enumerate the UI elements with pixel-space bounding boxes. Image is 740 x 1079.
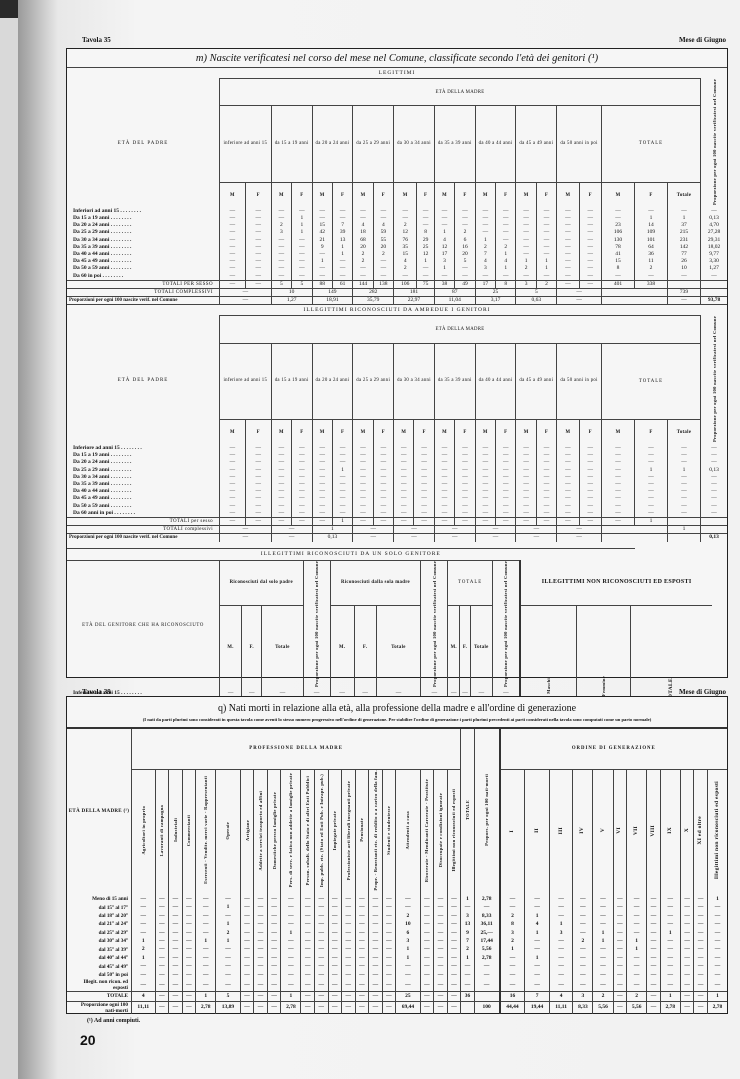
cell: —: [549, 903, 573, 911]
cell: —: [668, 495, 701, 502]
cell: —: [455, 488, 475, 495]
cell: —: [314, 962, 328, 970]
cell: —: [281, 962, 301, 970]
cell: 1: [707, 895, 727, 903]
cell: —: [516, 488, 536, 495]
cell: —: [701, 208, 728, 215]
cell: —: [355, 1001, 369, 1014]
cell: —: [369, 945, 383, 953]
cell: —: [328, 929, 342, 937]
proportion-label: Proporzioni per ogni 100 nascite verif. …: [67, 297, 220, 305]
cell: 36,11: [474, 920, 499, 928]
cell: —: [680, 895, 694, 903]
cell: —: [240, 929, 254, 937]
cell: —: [369, 912, 383, 920]
cell: 7: [461, 937, 475, 945]
cell: —: [355, 920, 369, 928]
cell: 282: [353, 288, 394, 296]
cell: —: [373, 510, 393, 518]
cell: —: [613, 954, 627, 962]
cell: —: [579, 481, 601, 488]
cell: —: [694, 895, 708, 903]
age-col-header: da 20 a 24 anni: [312, 106, 353, 182]
cell: —: [660, 954, 680, 962]
cell: —: [496, 459, 516, 466]
cell: —: [355, 962, 369, 970]
cell: 0,63: [516, 297, 557, 305]
cell: —: [694, 992, 708, 1001]
cell: —: [369, 920, 383, 928]
table-row: TOTALE4———15———1———————25———36167432—2—1…: [67, 992, 727, 1001]
cell: —: [434, 912, 448, 920]
cell: —: [496, 273, 516, 281]
profession-col: Agricoltori in proprio: [132, 770, 156, 896]
cell: 4: [434, 237, 454, 244]
cell: —: [434, 971, 448, 979]
cell: 17: [434, 251, 454, 258]
cell: —: [635, 208, 668, 215]
table-row: Da 45 a 49 anni . . . . . . . .————1—2—4…: [67, 258, 727, 265]
cell: —: [579, 495, 601, 502]
cell: —: [557, 526, 602, 534]
cell: —: [579, 229, 601, 236]
cell: [602, 526, 668, 534]
cell: —: [271, 467, 291, 474]
order-col: VIII: [647, 770, 661, 896]
cell: —: [516, 534, 557, 542]
cell: —: [169, 992, 183, 1001]
cell: —: [420, 895, 434, 903]
cell: —: [549, 962, 573, 970]
cell: —: [155, 954, 169, 962]
cell: —: [353, 481, 373, 488]
cell: —: [220, 459, 246, 466]
cell: 35,79: [353, 297, 394, 305]
cell: —: [271, 503, 291, 510]
order-col: X: [680, 770, 694, 896]
cell: —: [373, 488, 393, 495]
cell: —: [668, 297, 701, 305]
cell: —: [593, 920, 613, 928]
age-col-header: da 25 a 29 anni: [353, 343, 394, 419]
cell: 4: [549, 992, 573, 1001]
cell: —: [579, 510, 601, 518]
cell: —: [245, 467, 271, 474]
cell: —: [240, 954, 254, 962]
cell: —: [312, 273, 332, 281]
cell: 138: [373, 280, 393, 288]
cell: —: [557, 229, 579, 236]
cell: —: [271, 495, 291, 502]
table-q-title: q) Nati morti in relazione alla età, all…: [67, 703, 727, 714]
cell: —: [196, 971, 216, 979]
age-col-header: da 35 a 39 anni: [434, 106, 475, 182]
cell: —: [420, 929, 434, 937]
cell: —: [668, 452, 701, 459]
cell: —: [353, 452, 373, 459]
cell: 1: [434, 265, 454, 272]
cell: —: [373, 215, 393, 222]
cell: 7: [475, 251, 495, 258]
cell: —: [701, 488, 728, 495]
cell: —: [420, 920, 434, 928]
cell: —: [342, 920, 356, 928]
cell: —: [182, 992, 196, 1001]
cell: —: [647, 903, 661, 911]
cell: —: [369, 992, 383, 1001]
cell: —: [394, 215, 417, 222]
order-col: V: [593, 770, 613, 896]
cell: —: [169, 971, 183, 979]
order-col: III: [549, 770, 573, 896]
cell: 0,13: [701, 534, 728, 542]
cell: 20: [455, 251, 475, 258]
cell: —: [557, 288, 602, 296]
cell: 11,11: [132, 1001, 156, 1014]
cell: —: [292, 265, 312, 272]
cell: —: [245, 208, 271, 215]
age-col-header: da 50 anni in poi: [557, 343, 602, 419]
cell: 93,78: [701, 297, 728, 305]
row-label: Da 20 a 24 anni . . . . . . . .: [67, 222, 220, 229]
cell: —: [434, 445, 454, 452]
age-col-header: da 20 a 24 anni: [312, 343, 353, 419]
cell: 5,56: [474, 945, 499, 953]
cell: —: [332, 208, 352, 215]
cell: —: [292, 474, 312, 481]
profession-col: Addette a servizi trasporto ed affini: [254, 770, 268, 896]
cell: —: [434, 1001, 448, 1014]
cell: —: [182, 895, 196, 903]
cell: 18: [353, 229, 373, 236]
cell: —: [342, 903, 356, 911]
cell: —: [455, 445, 475, 452]
row-label: dal 18° al 20°: [67, 912, 132, 920]
cell: —: [420, 971, 434, 979]
cell: —: [254, 912, 268, 920]
cell: —: [314, 992, 328, 1001]
row-label: Da 15 a 19 anni . . . . . . . .: [67, 215, 220, 222]
cell: 36: [635, 251, 668, 258]
cell: 5: [271, 280, 291, 288]
section-heading: LEGITTIMI: [67, 67, 727, 78]
cell: —: [455, 273, 475, 281]
cell: —: [579, 503, 601, 510]
cell: —: [245, 445, 271, 452]
cell: —: [254, 1001, 268, 1014]
age-col-header: da 15 a 19 anni: [271, 106, 312, 182]
cell: —: [271, 258, 291, 265]
cell: —: [613, 929, 627, 937]
cell: —: [516, 215, 536, 222]
cell: —: [414, 495, 434, 502]
cell: —: [516, 445, 536, 452]
cell: —: [475, 526, 516, 534]
cell: —: [240, 920, 254, 928]
cell: [668, 534, 701, 542]
cell: —: [342, 929, 356, 937]
cell: —: [557, 251, 579, 258]
cell: —: [382, 979, 396, 992]
cell: —: [369, 1001, 383, 1014]
row-label: dal 25° al 29°: [67, 929, 132, 937]
cell: 22,97: [394, 297, 435, 305]
cell: —: [394, 503, 414, 510]
cell: 1: [396, 954, 420, 962]
cell: —: [694, 912, 708, 920]
cell: [701, 280, 728, 288]
cell: —: [394, 474, 414, 481]
cell: —: [332, 215, 352, 222]
month-label: Mese di Giugno: [679, 36, 726, 44]
profession-col: Industriali: [169, 770, 183, 896]
cell: —: [516, 273, 536, 281]
cell: 15: [394, 251, 417, 258]
cell: 5,56: [627, 1001, 647, 1014]
cell: —: [593, 954, 613, 962]
cell: —: [292, 244, 312, 251]
cell: —: [314, 912, 328, 920]
cell: —: [254, 895, 268, 903]
table-row: Da 25 a 29 anni . . . . . . . .——3142391…: [67, 229, 727, 236]
cell: —: [635, 273, 668, 281]
cell: 9: [461, 929, 475, 937]
cell: 9,77: [701, 251, 728, 258]
cell: —: [455, 495, 475, 502]
cell: —: [557, 297, 602, 305]
cell: —: [373, 273, 393, 281]
cell: —: [267, 903, 281, 911]
cell: —: [414, 467, 434, 474]
cell: —: [254, 979, 268, 992]
cell: 27,28: [701, 229, 728, 236]
table-m: m) Nascite verificatesi nel corso del me…: [66, 48, 728, 678]
cell: —: [496, 237, 516, 244]
cell: —: [196, 945, 216, 953]
cell: —: [474, 979, 499, 992]
cell: —: [647, 937, 661, 945]
cell: —: [245, 258, 271, 265]
cell: —: [254, 929, 268, 937]
cell: —: [373, 208, 393, 215]
cell: 101: [635, 237, 668, 244]
table-number: Tavola 35: [82, 36, 111, 44]
cell: 4: [525, 920, 549, 928]
cell: —: [434, 495, 454, 502]
mother-age-header: ETÀ DELLA MADRE (¹): [67, 728, 132, 895]
cell: —: [342, 979, 356, 992]
cell: —: [169, 912, 183, 920]
cell: —: [245, 495, 271, 502]
profession-col: Domestiche presso famiglie private: [267, 770, 281, 896]
parent-age-header: ETÀ DEL GENITORE CHE HA RICONOSCIUTO: [67, 560, 220, 690]
cell: 20: [353, 244, 373, 251]
cell: —: [240, 937, 254, 945]
cell: —: [573, 912, 593, 920]
cell: —: [216, 971, 240, 979]
cell: —: [516, 229, 536, 236]
cell: —: [312, 215, 332, 222]
row-label: dal 50° in poi: [67, 971, 132, 979]
age-col-header: da 35 a 39 anni: [434, 343, 475, 419]
cell: —: [245, 251, 271, 258]
cell: —: [434, 510, 454, 518]
cell: —: [155, 920, 169, 928]
cell: 1: [593, 929, 613, 937]
cell: 3: [573, 992, 593, 1001]
cell: —: [396, 903, 420, 911]
cell: —: [314, 945, 328, 953]
cell: 5,56: [593, 1001, 613, 1014]
cell: —: [701, 445, 728, 452]
cell: —: [496, 452, 516, 459]
cell: 2: [353, 251, 373, 258]
proportion-label: Proporzioni per ogni 100 nascite verif. …: [67, 534, 220, 542]
cell: —: [447, 979, 461, 992]
cell: 130: [602, 237, 635, 244]
table-row: dal 18° al 20°—————————————————2———38,33…: [67, 912, 727, 920]
cell: —: [461, 979, 475, 992]
cell: —: [240, 945, 254, 953]
cell: —: [220, 467, 246, 474]
cell: —: [216, 979, 240, 992]
cell: —: [434, 895, 448, 903]
cell: 16: [455, 244, 475, 251]
cell: —: [271, 215, 291, 222]
age-table: ETÀ DEL PADREETÀ DELLA MADREProporzione …: [67, 78, 727, 304]
cell: —: [240, 992, 254, 1001]
cell: —: [647, 992, 661, 1001]
cell: —: [461, 903, 475, 911]
cell: 1: [196, 992, 216, 1001]
cell: —: [447, 895, 461, 903]
cell: —: [660, 920, 680, 928]
cell: 61: [332, 280, 352, 288]
totals-by-sex-label: TOTALI PER SESSO: [67, 280, 220, 288]
cell: —: [332, 510, 352, 518]
cell: —: [475, 488, 495, 495]
cell: —: [281, 971, 301, 979]
cell: —: [579, 273, 601, 281]
cell: 78: [602, 244, 635, 251]
cell: —: [434, 903, 448, 911]
cell: —: [373, 265, 393, 272]
total-header: TOTALE: [602, 343, 701, 419]
cell: —: [536, 488, 556, 495]
cell: —: [627, 895, 647, 903]
cell: —: [557, 467, 579, 474]
cell: —: [557, 495, 579, 502]
table-q-number: Tavola 39: [82, 688, 111, 696]
cell: —: [281, 954, 301, 962]
cell: —: [220, 452, 246, 459]
cell: —: [500, 903, 525, 911]
cell: —: [516, 526, 557, 534]
cell: —: [301, 929, 315, 937]
cell: 19,44: [525, 1001, 549, 1014]
cell: [701, 518, 728, 526]
cell: —: [647, 971, 661, 979]
cell: —: [328, 962, 342, 970]
cell: —: [647, 920, 661, 928]
cell: —: [447, 992, 461, 1001]
cell: 2,78: [474, 954, 499, 962]
cell: —: [292, 251, 312, 258]
cell: —: [525, 979, 549, 992]
cell: —: [328, 920, 342, 928]
cell: —: [475, 222, 495, 229]
cell: 1: [549, 920, 573, 928]
cell: 2,78: [281, 1001, 301, 1014]
cell: —: [169, 954, 183, 962]
cell: 8,33: [573, 1001, 593, 1014]
cell: —: [635, 510, 668, 518]
cell: 1: [216, 937, 240, 945]
cell: —: [579, 237, 601, 244]
cell: —: [434, 215, 454, 222]
cell: —: [220, 244, 246, 251]
table-row: dal 15° al 17°—————1————————————————————…: [67, 903, 727, 911]
totals-overall-label: TOTALI complessivi: [67, 526, 220, 534]
cell: 2,78: [660, 1001, 680, 1014]
cell: —: [447, 971, 461, 979]
cell: —: [328, 992, 342, 1001]
profession-col: Esercenti - Venditr. merci varie - Rappr…: [196, 770, 216, 896]
cell: 1: [332, 244, 352, 251]
cell: —: [635, 459, 668, 466]
mother-age-header: ETÀ DELLA MADRE: [220, 316, 701, 343]
cell: —: [271, 518, 291, 526]
cell: —: [579, 459, 601, 466]
cell: —: [420, 912, 434, 920]
cell: —: [668, 481, 701, 488]
profession-col: Ricoverate - Mendicanti Carcerate - Pros…: [420, 770, 434, 896]
cell: 3: [500, 929, 525, 937]
cell: —: [292, 237, 312, 244]
cell: 1: [707, 992, 727, 1001]
cell: —: [434, 526, 475, 534]
cell: 2: [627, 992, 647, 1001]
cell: 11,04: [434, 297, 475, 305]
cell: —: [647, 912, 661, 920]
cell: —: [382, 937, 396, 945]
profession-header: PROFESSIONE DELLA MADRE: [132, 728, 461, 770]
proportion-header: Proporzione per ogni 100 nascite verific…: [701, 79, 728, 208]
cell: —: [196, 912, 216, 920]
cell: —: [332, 273, 352, 281]
cell: —: [701, 503, 728, 510]
cell: —: [196, 903, 216, 911]
cell: 1: [500, 945, 525, 953]
cell: 2: [461, 945, 475, 953]
stillbirths-table: ETÀ DELLA MADRE (¹)PROFESSIONE DELLA MAD…: [67, 727, 727, 1014]
cell: —: [382, 920, 396, 928]
row-label: Da 15 a 19 anni . . . . . . . .: [67, 452, 220, 459]
cell: —: [292, 459, 312, 466]
cell: —: [271, 452, 291, 459]
cell: —: [373, 474, 393, 481]
cell: —: [328, 954, 342, 962]
cell: —: [301, 971, 315, 979]
cell: —: [525, 971, 549, 979]
cell: —: [434, 503, 454, 510]
cell: —: [557, 215, 579, 222]
age-col-header: da 45 a 49 anni: [516, 106, 557, 182]
cell: —: [627, 971, 647, 979]
cell: 1: [312, 526, 353, 534]
cell: —: [660, 912, 680, 920]
cell: —: [182, 962, 196, 970]
